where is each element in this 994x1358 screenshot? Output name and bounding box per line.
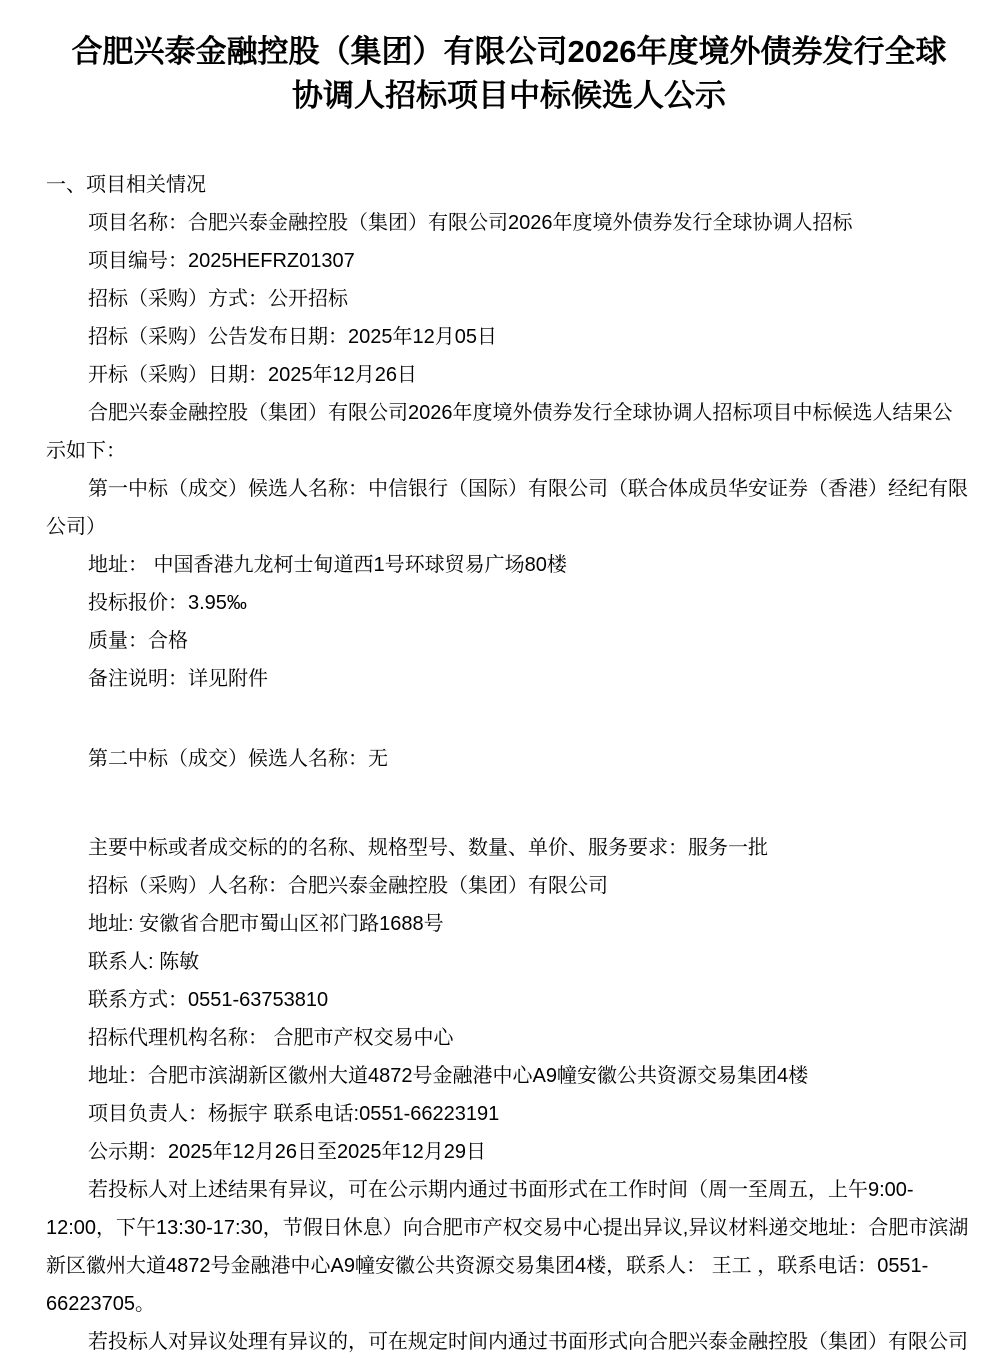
project-name: 项目名称：合肥兴泰金融控股（集团）有限公司2026年度境外债券发行全球协调人招标 [46, 204, 972, 242]
contact-phone: 联系方式：0551-63753810 [46, 981, 972, 1019]
document-body: 一、项目相关情况项目名称：合肥兴泰金融控股（集团）有限公司2026年度境外债券发… [46, 166, 972, 1358]
bid-opening-date: 开标（采购）日期：2025年12月26日 [46, 356, 972, 394]
blank-line [46, 778, 972, 829]
first-candidate-address: 地址： 中国香港九龙柯士甸道西1号环球贸易广场80楼 [46, 546, 972, 584]
remarks: 备注说明：详见附件 [46, 660, 972, 698]
section-heading-project-info: 一、项目相关情况 [46, 166, 972, 204]
publicity-period: 公示期：2025年12月26日至2025年12月29日 [46, 1133, 972, 1171]
contact-person: 联系人: 陈敏 [46, 943, 972, 981]
project-manager-and-phone: 项目负责人：杨振宇 联系电话:0551-66223191 [46, 1095, 972, 1133]
agency-name: 招标代理机构名称： 合肥市产权交易中心 [46, 1019, 972, 1057]
purchaser-name: 招标（采购）人名称：合肥兴泰金融控股（集团）有限公司 [46, 867, 972, 905]
agency-address: 地址：合肥市滨湖新区徽州大道4872号金融港中心A9幢安徽公共资源交易集团4楼 [46, 1057, 972, 1095]
document-title: 合肥兴泰金融控股（集团）有限公司2026年度境外债券发行全球协调人招标项目中标候… [59, 30, 959, 118]
objection-notice: 若投标人对上述结果有异议，可在公示期内通过书面形式在工作时间（周一至周五，上午9… [46, 1171, 972, 1323]
bidding-method: 招标（采购）方式：公开招标 [46, 280, 972, 318]
announcement-page: 合肥兴泰金融控股（集团）有限公司2026年度境外债券发行全球协调人招标项目中标候… [0, 0, 994, 1358]
purchaser-address: 地址: 安徽省合肥市蜀山区祁门路1688号 [46, 905, 972, 943]
blank-line [46, 698, 972, 740]
quality: 质量：合格 [46, 622, 972, 660]
second-winning-candidate: 第二中标（成交）候选人名称：无 [46, 740, 972, 778]
announcement-publish-date: 招标（采购）公告发布日期：2025年12月05日 [46, 318, 972, 356]
first-winning-candidate: 第一中标（成交）候选人名称：中信银行（国际）有限公司（联合体成员华安证券（香港）… [46, 470, 972, 546]
bid-price: 投标报价：3.95‰ [46, 584, 972, 622]
result-intro: 合肥兴泰金融控股（集团）有限公司2026年度境外债券发行全球协调人招标项目中标候… [46, 394, 972, 470]
subject-matter: 主要中标或者成交标的的名称、规格型号、数量、单价、服务要求：服务一批 [46, 829, 972, 867]
project-number: 项目编号：2025HEFRZ01307 [46, 242, 972, 280]
objection-appeal-notice: 若投标人对异议处理有异议的，可在规定时间内通过书面形式向合肥兴泰金融控股（集团）… [46, 1323, 972, 1358]
